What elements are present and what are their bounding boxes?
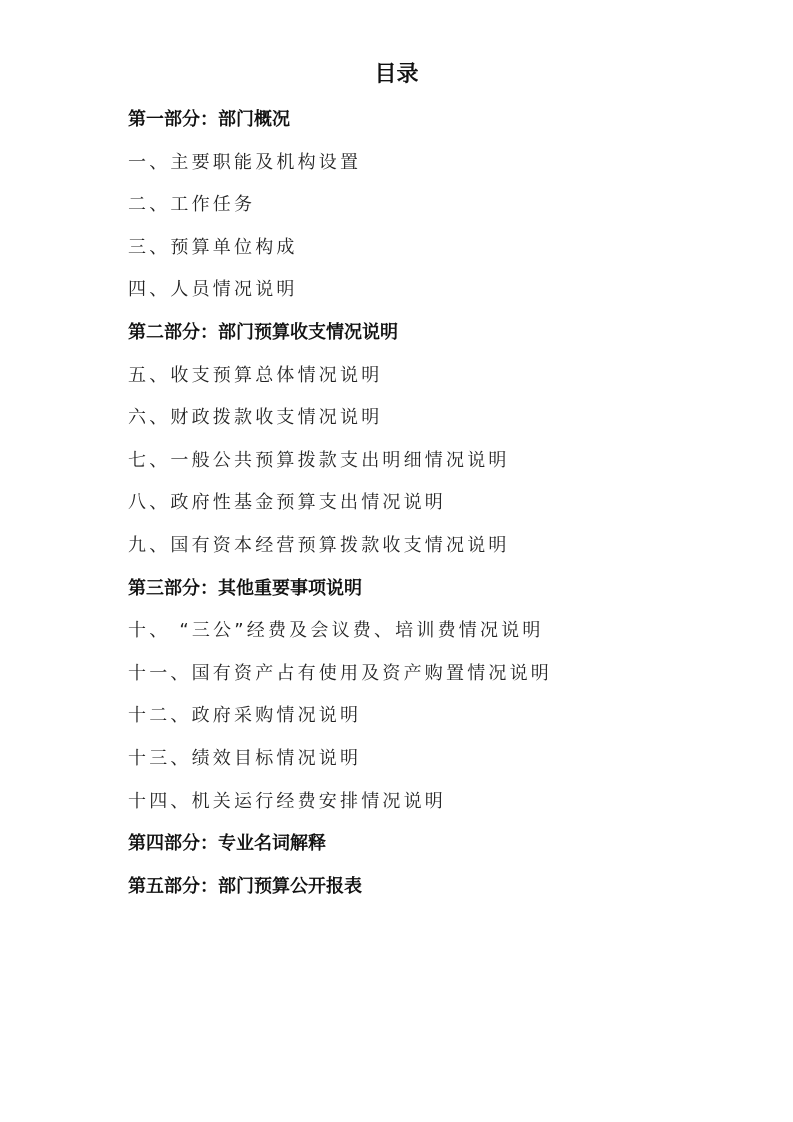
toc-item-10: 十、 “三公”经费及会议费、培训费情况说明 — [128, 617, 552, 660]
toc-part-5: 第五部分：部门预算公开报表 — [128, 873, 552, 916]
page-title: 目录 — [0, 60, 793, 90]
toc-part-2: 第二部分：部门预算收支情况说明 — [128, 319, 552, 362]
toc-item-5: 五、收支预算总体情况说明 — [128, 362, 552, 405]
toc-item-3: 三、预算单位构成 — [128, 234, 552, 277]
toc-item-11: 十一、国有资产占有使用及资产购置情况说明 — [128, 660, 552, 703]
toc-item-14: 十四、机关运行经费安排情况说明 — [128, 788, 552, 831]
toc-item-8: 八、政府性基金预算支出情况说明 — [128, 489, 552, 532]
toc-item-12: 十二、政府采购情况说明 — [128, 702, 552, 745]
toc-item-7: 七、一般公共预算拨款支出明细情况说明 — [128, 447, 552, 490]
toc-part-1: 第一部分：部门概况 — [128, 106, 552, 149]
toc-item-6: 六、财政拨款收支情况说明 — [128, 404, 552, 447]
toc-part-4: 第四部分：专业名词解释 — [128, 830, 552, 873]
toc-part-3: 第三部分：其他重要事项说明 — [128, 575, 552, 618]
toc-item-9: 九、国有资本经营预算拨款收支情况说明 — [128, 532, 552, 575]
toc-item-4: 四、人员情况说明 — [128, 276, 552, 319]
table-of-contents: 第一部分：部门概况 一、主要职能及机构设置 二、工作任务 三、预算单位构成 四、… — [128, 106, 552, 915]
toc-item-2: 二、工作任务 — [128, 191, 552, 234]
toc-item-13: 十三、绩效目标情况说明 — [128, 745, 552, 788]
toc-item-1: 一、主要职能及机构设置 — [128, 149, 552, 192]
